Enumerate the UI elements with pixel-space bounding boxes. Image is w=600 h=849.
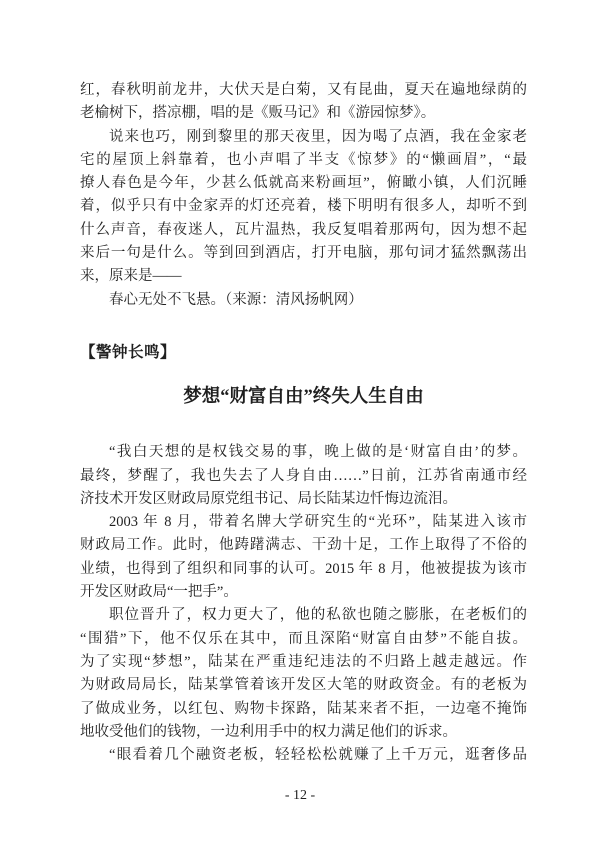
paragraph: “我白天想的是权钱交易的事，晚上做的是‘财富自由’的梦。 最终，梦醒了，我也失去… (80, 441, 527, 511)
text-line: 为了实现“梦想”，陆某在严重违纪违法的不归路上越走越远。作 (80, 651, 527, 674)
text-line: 2003 年 8 月，带着名牌大学研究生的“光环”，陆某进入该市 (80, 511, 527, 534)
text-line: 最终，梦醒了，我也失去了人身自由……”日前，江苏省南通市经 (80, 465, 527, 488)
page-number: - 12 - (0, 786, 600, 806)
text-line: 开发区财政局“一把手”。 (80, 581, 527, 604)
paragraph: “眼看着几个融资老板，轻轻松松就赚了上千万元，逛奢侈品 (80, 744, 527, 767)
text-line: 了做成业务，以红包、购物卡探路，陆某来者不拒，一边毫不掩饰 (80, 698, 527, 721)
text-line: 为财政局局长，陆某掌管着该开发区大笔的财政资金。有的老板为 (80, 674, 527, 697)
paragraph: 说来也巧，刚到黎里的那天夜里，因为喝了点酒，我在金家老 宅的屋顶上斜靠着，也小声… (80, 126, 527, 289)
text-line: 业绩，也得到了组织和同事的认可。2015 年 8 月，他被提拔为该市 (80, 558, 527, 581)
text-line: 红，春秋明前龙井，大伏天是白菊，又有昆曲，夏天在遍地绿荫的 (80, 79, 527, 102)
article-warning-bell: “我白天想的是权钱交易的事，晚上做的是‘财富自由’的梦。 最终，梦醒了，我也失去… (80, 441, 527, 767)
text-line: 济技术开发区财政局原党组书记、局长陆某边忏悔边流泪。 (80, 488, 527, 511)
text-line: 财政局工作。此时，他踌躇满志、干劲十足，工作上取得了不俗的 (80, 534, 527, 557)
paragraph: 2003 年 8 月，带着名牌大学研究生的“光环”，陆某进入该市 财政局工作。此… (80, 511, 527, 604)
paragraph: 红，春秋明前龙井，大伏天是白菊，又有昆曲，夏天在遍地绿荫的 老榆树下，搭凉棚，唱… (80, 79, 527, 126)
page-content: 红，春秋明前龙井，大伏天是白菊，又有昆曲，夏天在遍地绿荫的 老榆树下，搭凉棚，唱… (0, 0, 600, 767)
text-line: 着，似乎只有中金家弄的灯还亮着，楼下明明有很多人，却听不到 (80, 195, 527, 218)
article-continuation: 红，春秋明前龙井，大伏天是白菊，又有昆曲，夏天在遍地绿荫的 老榆树下，搭凉棚，唱… (80, 79, 527, 312)
article-title: 梦想“财富自由”终失人生自由 (80, 383, 527, 411)
text-line: 什么声音，春夜迷人，瓦片温热，我反复唱着那两句，因为想不起 (80, 219, 527, 242)
section-heading: 【警钟长鸣】 (80, 341, 527, 364)
text-line: 来，原来是—— (80, 265, 527, 288)
text-line: “我白天想的是权钱交易的事，晚上做的是‘财富自由’的梦。 (80, 441, 527, 464)
text-line: “围猎”下，他不仅乐在其中，而且深陷“财富自由梦”不能自拔。 (80, 628, 527, 651)
text-line: 老榆树下，搭凉棚，唱的是《贩马记》和《游园惊梦》。 (80, 102, 527, 125)
text-line: 职位晋升了，权力更大了，他的私欲也随之膨胀，在老板们的 (80, 604, 527, 627)
text-line: 宅的屋顶上斜靠着，也小声唱了半支《惊梦》的“懒画眉”，“最 (80, 149, 527, 172)
paragraph: 春心无处不飞悬。（来源：清风扬帆网） (80, 289, 527, 312)
document-page: 红，春秋明前龙井，大伏天是白菊，又有昆曲，夏天在遍地绿荫的 老榆树下，搭凉棚，唱… (0, 0, 600, 849)
text-line: 地收受他们的钱物，一边利用手中的权力满足他们的诉求。 (80, 721, 527, 744)
text-line: 来后一句是什么。等到回到酒店，打开电脑，那句词才猛然飘荡出 (80, 242, 527, 265)
paragraph: 职位晋升了，权力更大了，他的私欲也随之膨胀，在老板们的 “围猎”下，他不仅乐在其… (80, 604, 527, 744)
text-line: 春心无处不飞悬。（来源：清风扬帆网） (80, 289, 527, 312)
text-line: 撩人春色是今年，少甚么低就高来粉画垣”，俯瞰小镇，人们沉睡 (80, 172, 527, 195)
text-line: “眼看着几个融资老板，轻轻松松就赚了上千万元，逛奢侈品 (80, 744, 527, 767)
text-line: 说来也巧，刚到黎里的那天夜里，因为喝了点酒，我在金家老 (80, 126, 527, 149)
